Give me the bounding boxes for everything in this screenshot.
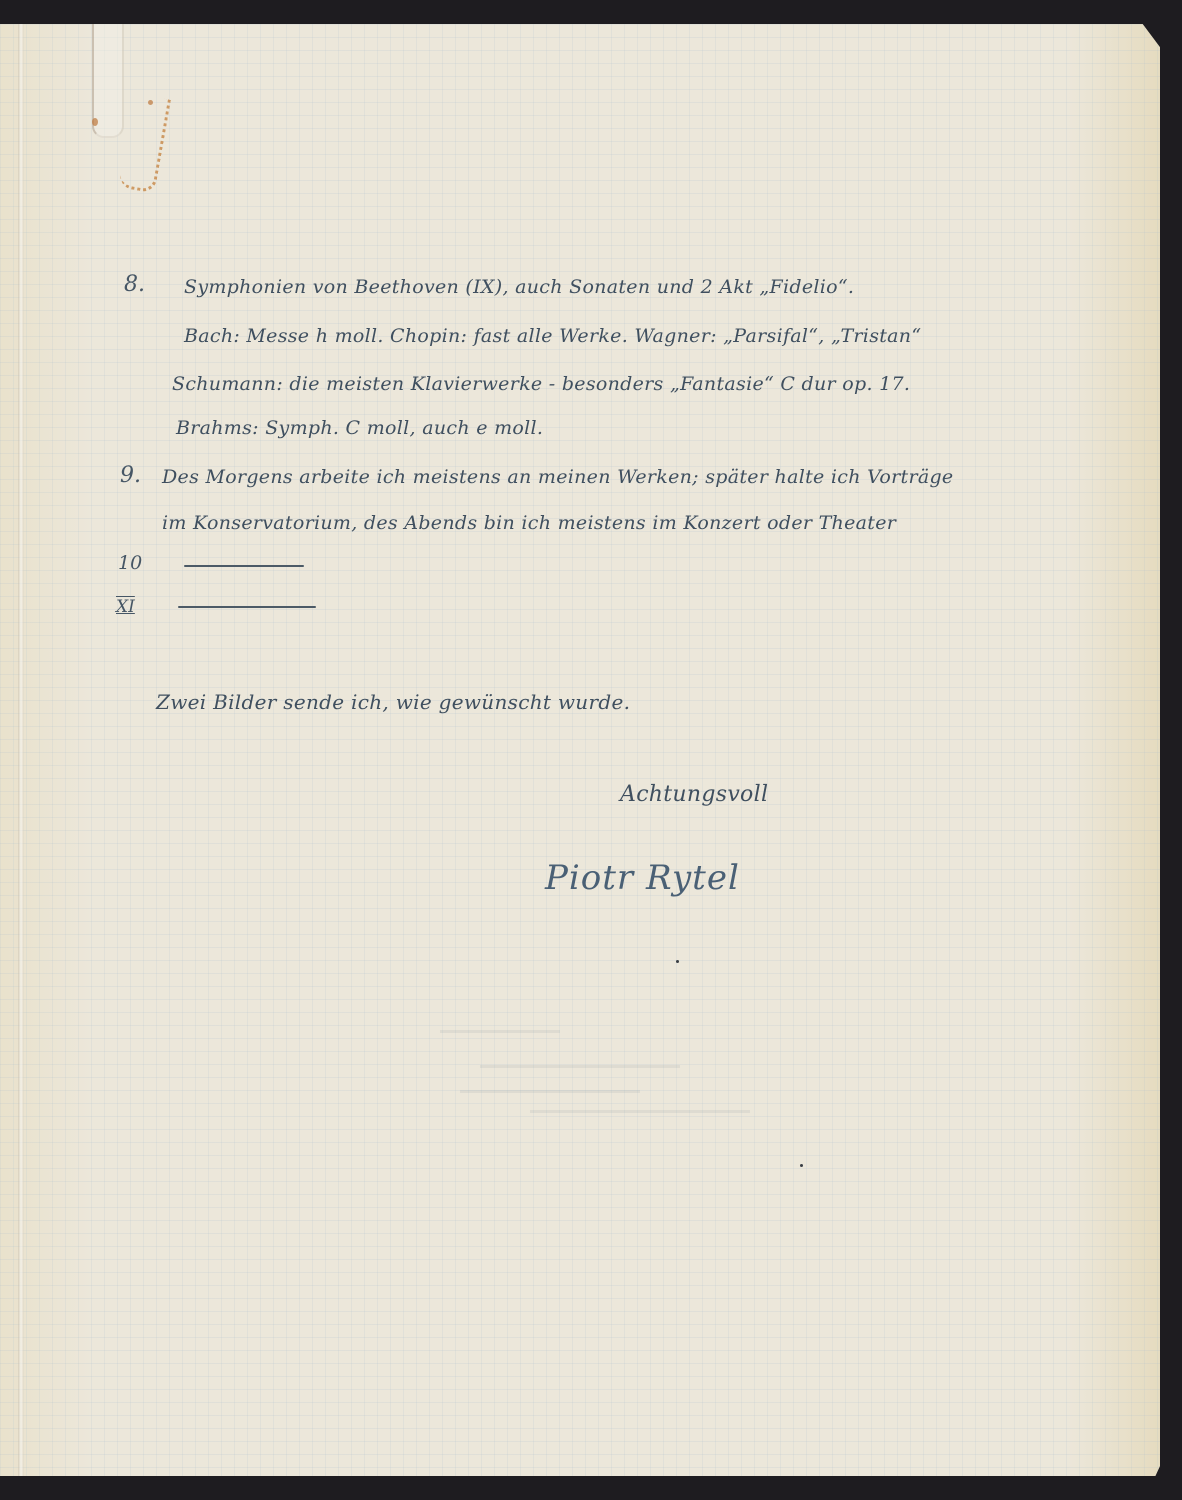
item-number-11: XI [116,597,135,617]
item-8-line-2: Bach: Messe h moll. Chopin: fast alle We… [184,325,921,347]
item-8-line-4: Brahms: Symph. C moll, auch e moll. [176,417,543,439]
bleed-through-text [440,1010,780,1130]
closing-salutation: Achtungsvoll [620,782,768,807]
rust-spot [148,100,153,105]
item-number-8: 8. [124,272,145,297]
paper-sheet [0,24,1160,1476]
item-number-9: 9. [120,463,141,488]
item-11-blank-line [178,606,316,608]
item-8-line-1: Symphonien von Beethoven (IX), auch Sona… [184,276,854,298]
item-9-line-2: im Konservatorium, des Abends bin ich me… [162,512,896,534]
scanned-page: 8. Symphonien von Beethoven (IX), auch S… [0,0,1182,1500]
item-9-line-1: Des Morgens arbeite ich meistens an mein… [162,466,953,488]
item-8-line-3: Schumann: die meisten Klavierwerke - bes… [172,373,910,395]
page-fold-edge [18,24,24,1476]
item-number-10: 10 [118,552,142,574]
signature: Piotr Rytel [545,858,740,898]
pictures-note: Zwei Bilder sende ich, wie gewünscht wur… [156,690,630,714]
rust-spot [92,118,98,126]
ink-speck [800,1164,803,1167]
ink-speck [676,960,679,963]
item-10-blank-line [184,565,304,567]
